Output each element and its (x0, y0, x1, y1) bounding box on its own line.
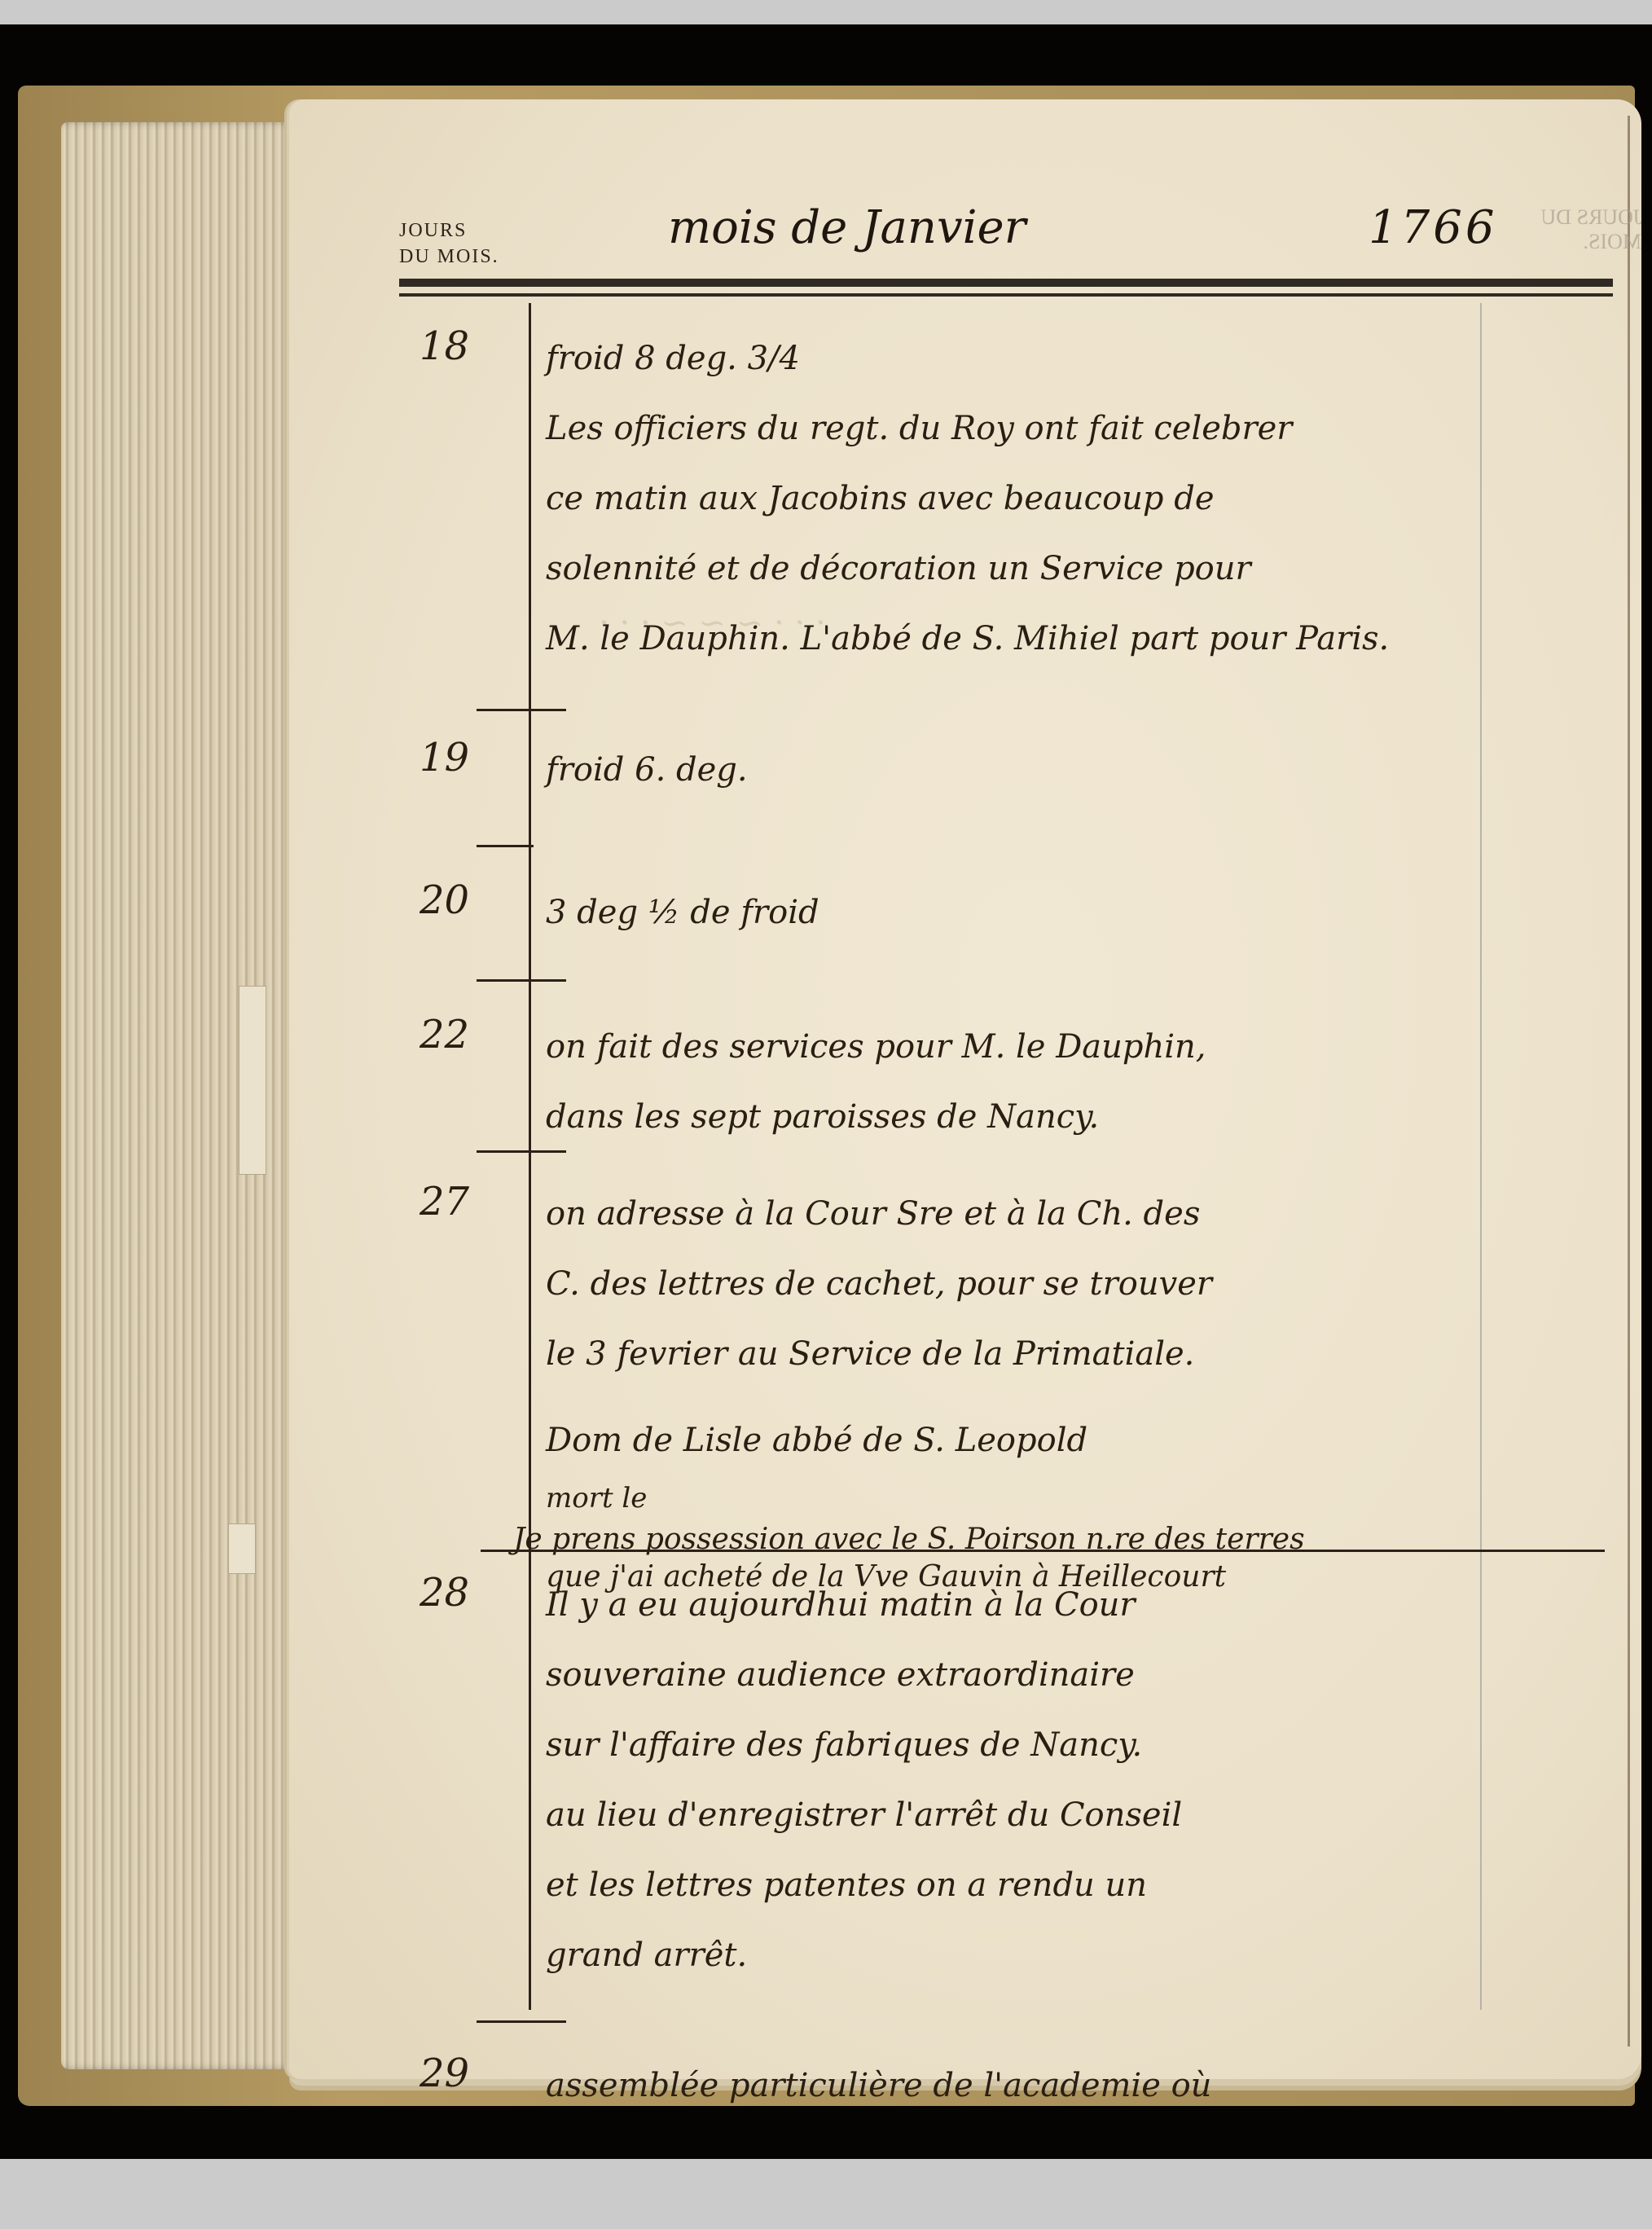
entry-text: 3 deg ½ de froid (546, 877, 1605, 947)
entry-separator (477, 845, 534, 847)
day-number: 18 (420, 323, 469, 369)
entry-line: Dom de Lisle abbé de S. Leopold (546, 1405, 1605, 1475)
entry-line: assemblée particulière de l'academie où (546, 2051, 1605, 2121)
entry-line: souveraine audience extraordinaire (546, 1640, 1605, 1710)
entry-separator (477, 709, 566, 711)
entry-line: et les lettres patentes on a rendu un (546, 1850, 1605, 1920)
page-edge (1628, 116, 1630, 2047)
entry-line: solennité et de décoration un Service po… (546, 534, 1605, 604)
entry-line: sur l'affaire des fabriques de Nancy. (546, 1710, 1605, 1780)
entry-line: le 3 fevrier au Service de la Primatiale… (546, 1319, 1605, 1389)
entry-line: Je prens possession avec le S. Poirson n… (513, 1521, 1605, 1559)
entry-line: dans les sept paroisses de Nancy. (546, 1082, 1605, 1152)
entry-text: froid 8 deg. 3/4 Les officiers du regt. … (546, 323, 1605, 674)
entry-line: Les officiers du regt. du Roy ont fait c… (546, 393, 1605, 464)
entry-line: froid 8 deg. 3/4 (546, 323, 1605, 393)
entry-text: on fait des services pour M. le Dauphin,… (546, 1012, 1605, 1152)
day-number: 27 (420, 1179, 469, 1224)
entry-line: on adresse à la Cour Sre et à la Ch. des (546, 1179, 1605, 1249)
entry-line: 3 deg ½ de froid (546, 877, 1605, 947)
manuscript-page: JOURS DU MOIS. mois de Janvier 1766 JOUR… (289, 99, 1641, 2079)
entry-line: froid 6. deg. (546, 735, 1605, 805)
entry-separator-long (481, 1550, 1605, 1552)
day-number: 28 (420, 1570, 469, 1616)
entry-line: on fait des services pour M. le Dauphin, (546, 1012, 1605, 1082)
page-tab (228, 1523, 256, 1574)
entry-line: ce matin aux Jacobins avec beaucoup de (546, 464, 1605, 534)
day-number: 19 (420, 735, 469, 780)
entry-line: grand arrêt. (546, 1920, 1605, 1990)
entry-line: C. des lettres de cachet, pour se trouve… (546, 1249, 1605, 1319)
page-stack-edge (61, 122, 305, 2069)
entry-line: M. le Dauphin. L'abbé de S. Mihiel part … (546, 604, 1605, 674)
page-header: JOURS DU MOIS. mois de Janvier 1766 (399, 185, 1613, 283)
month-title: mois de Janvier (668, 201, 1026, 254)
header-rule-thin (399, 293, 1613, 297)
entry-text: on adresse à la Cour Sre et à la Ch. des… (546, 1179, 1605, 1596)
day-column-label: JOURS DU MOIS. (399, 218, 499, 270)
year: 1766 (1369, 201, 1498, 254)
entry-text: froid 6. deg. (546, 735, 1605, 805)
entry-text: Il y a eu aujourdhui matin à la Cour sou… (546, 1570, 1605, 1990)
entry-separator (477, 979, 566, 982)
day-number: 20 (420, 877, 469, 923)
bleed-through-label: JOURS DU MOIS. (1499, 205, 1641, 254)
header-rule-thick (399, 279, 1613, 287)
page-tab (239, 986, 266, 1175)
entry-line: Il y a eu aujourdhui matin à la Cour (546, 1570, 1605, 1640)
day-number: 22 (420, 1012, 469, 1057)
entry-line: mort le (546, 1475, 1605, 1521)
day-column-divider (529, 303, 531, 2010)
entry-line: au lieu d'enregistrer l'arrêt du Conseil (546, 1780, 1605, 1850)
entry-separator (477, 2020, 566, 2023)
day-number: 29 (420, 2051, 469, 2096)
entry-text: assemblée particulière de l'academie où (546, 2051, 1605, 2121)
label-jours: JOURS (399, 218, 499, 244)
label-du-mois: DU MOIS. (399, 244, 499, 270)
entry-separator (477, 1150, 566, 1153)
